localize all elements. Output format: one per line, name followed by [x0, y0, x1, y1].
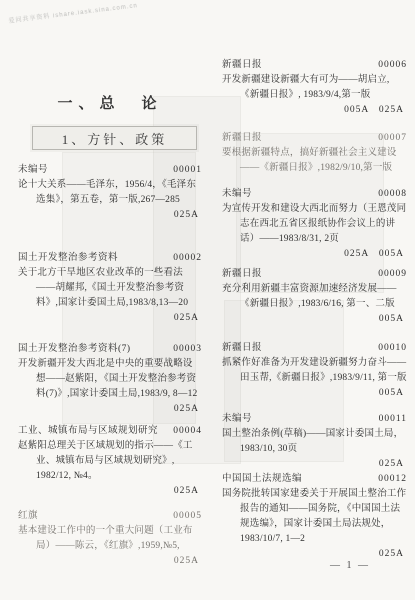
entry-number: 00004 — [173, 424, 202, 439]
entry-number: 00010 — [378, 341, 407, 356]
entry-body: 赵紫阳总理关于区域规划的指示——《工业、城镇布局与区域规划研究》, 1982/1… — [18, 439, 202, 484]
entry-codes: 005A — [222, 312, 407, 327]
entry-00009: 新疆日报 00009 充分利用新疆丰富资源加速经济发展——《新疆日报》,1983… — [222, 267, 407, 327]
entry-00012: 中国国土法规选编 00012 国务院批转国家建委关于开展国土整治工作报告的通知—… — [222, 472, 407, 562]
entry-source: 国土开发整治参考资料 — [18, 251, 118, 266]
entry-source: 新疆日报 — [222, 58, 262, 73]
scanned-document-page: 爱问共享资料 ishare.iask.sina.com.cn 一、总 论 1、方… — [0, 0, 415, 600]
entry-body: 关于北方干旱地区农业改革的一些看法——胡耀邦,《国土开发整治参考资料》,国家计委… — [18, 266, 202, 311]
entry-number: 00009 — [378, 267, 407, 282]
entry-codes: 025A — [18, 402, 202, 417]
entry-00004: 工业、城镇布局与区域规划研究 00004 赵紫阳总理关于区域规划的指示——《工业… — [18, 424, 202, 499]
entry-codes: 025A — [18, 554, 202, 569]
entry-source: 未编号 — [222, 187, 252, 202]
entry-source: 新疆日报 — [222, 267, 262, 282]
entry-00006: 新疆日报 00006 开发新疆建设新疆大有可为——胡启立,《新疆日报》, 198… — [222, 58, 407, 118]
entry-source: 未编号 — [222, 412, 252, 427]
page-number: — 1 — — [300, 560, 400, 571]
entry-codes: 025A 005A — [222, 247, 407, 262]
entry-number: 00011 — [379, 412, 407, 427]
entry-source: 红旗 — [18, 509, 38, 524]
entry-source: 工业、城镇布局与区域规划研究 — [18, 424, 158, 439]
entry-number: 00007 — [378, 131, 407, 146]
entry-source: 未编号 — [18, 163, 48, 178]
entry-body: 基本建设工作中的一个重大问题（工业布局）——陈云，《红旗》,1959,№5, — [18, 524, 202, 554]
watermark: 爱问共享资料 ishare.iask.sina.com.cn — [8, 0, 138, 25]
entry-00007: 新疆日报 00007 要根据新疆特点，搞好新疆社会主义建设——《新疆日报》,19… — [222, 131, 407, 176]
entry-00002: 国土开发整治参考资料 00002 关于北方干旱地区农业改革的一些看法——胡耀邦,… — [18, 251, 202, 326]
entry-00011: 未编号 00011 国土整治条例(草稿)——国家计委国土局，1983/10, 3… — [222, 412, 407, 472]
entry-number: 00001 — [173, 163, 202, 178]
entry-codes: 025A — [18, 311, 202, 326]
entry-codes: 025A — [18, 484, 202, 499]
entry-number: 00003 — [173, 342, 202, 357]
entry-00008: 未编号 00008 为宣传开发和建设大西北而努力（王恩茂同志在西北五省区报纸协作… — [222, 187, 407, 262]
entry-codes: 005A 025A — [222, 103, 407, 118]
right-column: 新疆日报 00006 开发新疆建设新疆大有可为——胡启立,《新疆日报》, 198… — [222, 58, 407, 562]
entry-source: 新疆日报 — [222, 341, 262, 356]
entry-source: 国土开发整治参考资料(7) — [18, 342, 131, 357]
entry-body: 充分利用新疆丰富资源加速经济发展——《新疆日报》,1983/6/16, 第一、二… — [222, 282, 407, 312]
entry-body: 论十大关系——毛泽东，1956/4，《毛泽东选集》，第五卷，第一版,267—28… — [18, 178, 202, 208]
entry-source: 新疆日报 — [222, 131, 262, 146]
entry-00010: 新疆日报 00010 抓紧作好准备为开发建设新疆努力奋斗——田玉帮,《新疆日报》… — [222, 341, 407, 401]
entry-codes: 025A — [18, 208, 202, 223]
subsection-box: 1、方针、政策 — [32, 126, 197, 150]
section-title: 一、总 论 — [18, 92, 202, 113]
left-column: 未编号 00001 论十大关系——毛泽东，1956/4，《毛泽东选集》，第五卷，… — [18, 163, 202, 569]
entry-body: 国土整治条例(草稿)——国家计委国土局，1983/10, 30页 — [222, 427, 407, 457]
entry-number: 00002 — [173, 251, 202, 266]
entry-00003: 国土开发整治参考资料(7) 00003 开发新疆开发大西北是中央的重要战略设想—… — [18, 342, 202, 417]
entry-number: 00006 — [378, 58, 407, 73]
entry-number: 00008 — [378, 187, 407, 202]
entry-body: 为宣传开发和建设大西北而努力（王恩茂同志在西北五省区报纸协作会议上的讲话）——1… — [222, 202, 407, 247]
entry-number: 00012 — [378, 472, 407, 487]
subsection-title: 1、方针、政策 — [62, 129, 168, 148]
entry-body: 国务院批转国家建委关于开展国土整治工作报告的通知——国务院，《中国国土法规选编》… — [222, 487, 407, 547]
entry-00001: 未编号 00001 论十大关系——毛泽东，1956/4，《毛泽东选集》，第五卷，… — [18, 163, 202, 223]
entry-body: 要根据新疆特点，搞好新疆社会主义建设——《新疆日报》,1982/9/10,第一版 — [222, 146, 407, 176]
entry-codes: 005A — [222, 386, 407, 401]
entry-number: 00005 — [173, 509, 202, 524]
entry-body: 开发新疆建设新疆大有可为——胡启立,《新疆日报》, 1983/9/4,第一版 — [222, 73, 407, 103]
entry-body: 开发新疆开发大西北是中央的重要战略设想——赵紫阳，《国土开发整治参考资料(7)》… — [18, 357, 202, 402]
entry-codes: 025A — [222, 457, 407, 472]
entry-source: 中国国土法规选编 — [222, 472, 302, 487]
entry-00005: 红旗 00005 基本建设工作中的一个重大问题（工业布局）——陈云，《红旗》,1… — [18, 509, 202, 569]
entry-body: 抓紧作好准备为开发建设新疆努力奋斗——田玉帮,《新疆日报》,1983/9/11,… — [222, 356, 407, 386]
